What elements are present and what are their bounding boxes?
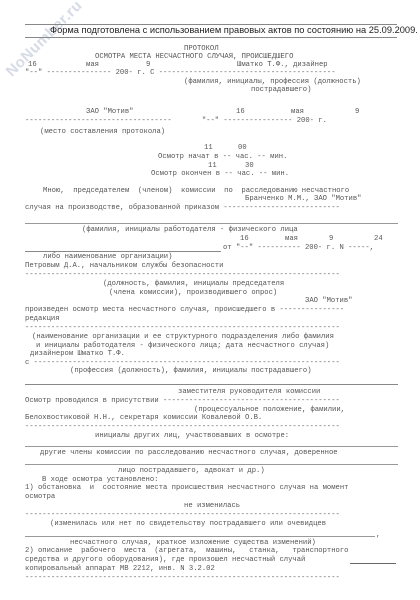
- occurrence-caption-1: (фамилия, инициалы, профессия (должность…: [184, 78, 361, 86]
- place-caption: (место составления протокола): [40, 128, 165, 136]
- presence-role: заместителя руководителя комиссии: [178, 388, 320, 396]
- place-month: мая: [291, 108, 304, 116]
- inspection-caption-1: (наименование организации и ее структурн…: [32, 333, 334, 341]
- inspection-victim-line: с --------------------------------------…: [25, 359, 340, 367]
- findings-caption-1: (изменилась или нет по свидетельству пос…: [50, 520, 326, 528]
- order-year: 9: [329, 235, 333, 243]
- rule: [25, 446, 398, 447]
- inspection-line: произведен осмотр места несчастного случ…: [25, 306, 344, 314]
- chairman-person: Петровым Д.А., начальником службы безопа…: [25, 262, 223, 270]
- rule: [25, 223, 398, 224]
- start-line: Осмотр начат в -- час. -- мин.: [158, 153, 287, 161]
- chairman-caption-1: (фамилия, инициалы работодателя - физиче…: [82, 226, 298, 234]
- presence-caption-4: лицо пострадавшего, адвокат и др.): [118, 467, 265, 475]
- rule: [25, 384, 398, 385]
- end-minutes: 30: [245, 162, 254, 170]
- presence-line: Осмотр проводился в присутствии --------…: [25, 397, 340, 405]
- findings-item2-line1: 2) описание рабочего места (агрегата, ма…: [25, 547, 349, 555]
- inspection-caption-3: (профессия (должность), фамилия, инициал…: [70, 367, 312, 375]
- findings-caption-2: несчастного случая, краткое изложение су…: [70, 539, 316, 547]
- findings-dash-line-2: ----------------------------------------…: [25, 574, 340, 582]
- chairman-dash-line: ----------------------------------------…: [25, 271, 340, 279]
- findings-item2-line2: средства и другого оборудования), где пр…: [25, 556, 305, 564]
- rule: [25, 464, 398, 465]
- order-number: 24: [374, 235, 383, 243]
- chairman-intro: Мною, председателем (членом) комиссии по…: [43, 187, 349, 195]
- findings-dash-line: ----------------------------------------…: [25, 511, 340, 519]
- end-hours: 11: [208, 162, 217, 170]
- place-day: 16: [236, 108, 245, 116]
- place-value: ЗАО "Мотив": [86, 108, 133, 116]
- occurrence-day: 16: [28, 61, 37, 69]
- occurrence-victim: Шматко Т.Ф., дизайнер: [237, 61, 328, 69]
- findings-item1-line2: осмотра: [25, 493, 55, 501]
- place-year: 9: [355, 108, 359, 116]
- document-title: ПРОТОКОЛ: [184, 45, 219, 53]
- order-month: мая: [285, 235, 298, 243]
- findings-item2-value: копировальный аппарат МВ 2212, инв. N 3.…: [25, 565, 215, 573]
- chairman-caption-4: (члена комиссии), производившего опрос): [109, 289, 277, 297]
- presence-persons: Белохвостиковой Н.Н., секретаря комиссии…: [25, 414, 262, 422]
- presence-caption-2: инициалы других лиц, участвовавших в осм…: [95, 432, 289, 440]
- start-hours: 11: [204, 144, 213, 152]
- inspection-dash-line: ----------------------------------------…: [25, 324, 340, 332]
- end-line: Осмотр окончен в -- час. -- мин.: [151, 170, 289, 178]
- document-subtitle: ОСМОТРА МЕСТА НЕСЧАСТНОГО СЛУЧАЯ, ПРОИСШ…: [95, 53, 293, 61]
- findings-heading: В ходе осмотра установлено:: [42, 476, 158, 484]
- occurrence-month: мая: [86, 61, 99, 69]
- chairman-caption-2: либо наименование организации): [43, 253, 172, 261]
- rule: [350, 563, 396, 564]
- findings-comma: ,: [376, 531, 380, 539]
- findings-item1-line1: 1) обстановка и состояние места происшес…: [25, 484, 349, 492]
- order-day: 16: [240, 235, 249, 243]
- presence-caption-1: (процессуальное положение, фамилии,: [194, 406, 345, 414]
- place-line: ---------------------------------- "--" …: [25, 117, 327, 125]
- inspection-org: ЗАО "Мотив": [305, 297, 352, 305]
- order-line: случая на производстве, образованной при…: [25, 204, 340, 212]
- rule: [25, 536, 375, 537]
- presence-caption-3: другие члены комиссии по расследованию н…: [40, 449, 338, 457]
- header-note: Форма подготовлена с использованием прав…: [50, 25, 418, 35]
- presence-dash-line: ----------------------------------------…: [25, 423, 340, 431]
- order-date-line: от "--" ---------- 200- г. N -----,: [223, 244, 374, 252]
- occurrence-year: 9: [146, 61, 150, 69]
- findings-item1-value: не изменилась: [184, 502, 240, 510]
- inspection-dept: редакция: [25, 315, 60, 323]
- order-issuer: Бранченко М.М., ЗАО "Мотив": [245, 195, 361, 203]
- inspection-caption-2: и инициалы работодателя - физического ли…: [36, 342, 329, 350]
- chairman-caption-3: (должность, фамилия, инициалы председате…: [103, 280, 284, 288]
- occurrence-caption-2: пострадавшего): [251, 86, 311, 94]
- inspection-victim: дизайнером Шматко Т.Ф.: [30, 350, 125, 358]
- start-minutes: 00: [238, 144, 247, 152]
- rule: [25, 251, 221, 252]
- occurrence-line: "--" --------------- 200- г. С ---------…: [25, 69, 336, 77]
